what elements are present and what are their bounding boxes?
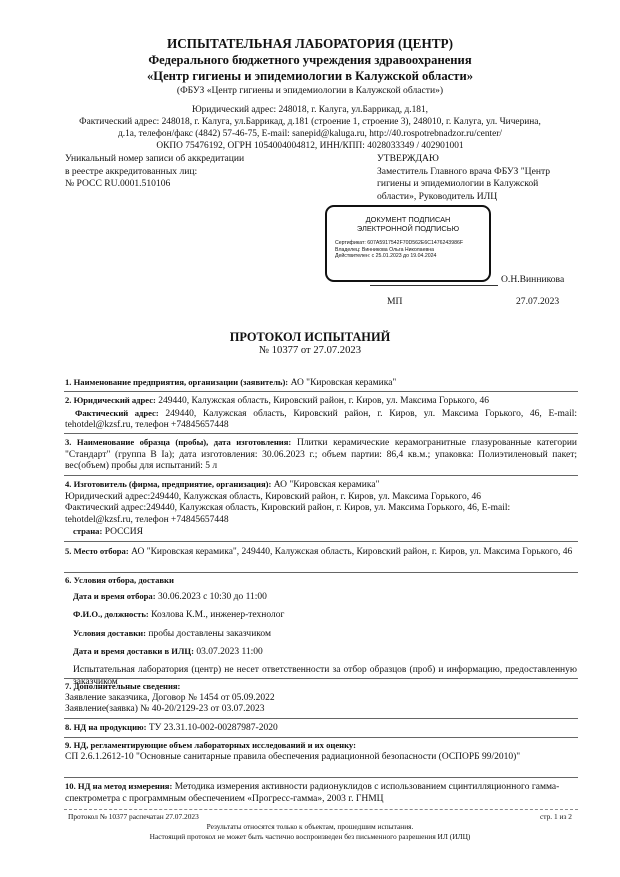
section-4-label: 4. Изготовитель (фирма, предприятие, орг… [65, 479, 271, 489]
sampling-datetime-value: 30.06.2023 с 10:30 до 11:00 [156, 592, 267, 602]
section-7-line-2: Заявление(заявка) № 40-20/2129-23 от 03.… [65, 704, 577, 716]
accreditation-line-1: Уникальный номер записи об аккредитации [65, 153, 335, 166]
approval-line-2: гигиены и эпидемиологии в Калужской [377, 178, 587, 191]
section-1: 1. Наименование предприятия, организации… [65, 377, 577, 390]
org-codes: ОКПО 75476192, ОГРН 1054004004812, ИНН/К… [0, 140, 620, 152]
divider [64, 572, 578, 573]
footer-note-1: Результаты относятся только к объектам, … [0, 822, 620, 832]
approval-date: 27.07.2023 [516, 296, 559, 309]
divider [64, 541, 578, 542]
stamp-title-2: ЭЛЕКТРОННОЙ ПОДПИСЬЮ [327, 224, 489, 233]
seal-mark: МП [387, 296, 402, 309]
section-9-value: СП 2.6.1.2612-10 "Основные санитарные пр… [65, 752, 577, 764]
divider [64, 718, 578, 719]
section-2-value: 249440, Калужская область, Кировский рай… [156, 396, 489, 406]
org-line-1: Федерального бюджетного учреждения здрав… [0, 53, 620, 68]
section-7-label: 7. Дополнительные сведения: [65, 681, 577, 693]
section-2-label: 2. Юридический адрес: [65, 395, 156, 405]
section-10-label: 10. НД на метод измерения: [65, 781, 172, 791]
stamp-certificate: Сертификат: 607A5917542F70D562E6C1476243… [335, 240, 489, 247]
section-4-country-value: РОССИЯ [102, 527, 143, 537]
approval-line-3: области», Руководитель ИЛЦ [377, 191, 587, 204]
section-9-label: 9. НД, регламентирующие объем лабораторн… [65, 740, 577, 752]
section-6-label: 6. Условия отбора, доставки [65, 575, 577, 587]
divider [64, 678, 578, 679]
footer-page-number: стр. 1 из 2 [540, 812, 572, 822]
section-10: 10. НД на метод измерения: Методика изме… [65, 781, 577, 805]
section-8: 8. НД на продукцию: ТУ 23.31.10-002-0028… [65, 722, 577, 735]
section-5-label: 5. Место отбора: [65, 546, 129, 556]
stamp-validity: Действителен: с 25.01.2023 до 19.04.2024 [335, 253, 489, 260]
sampler-person-value: Козлова К.М., инженер-технолог [149, 610, 285, 620]
sampler-person-label: Ф.И.О., должность: [73, 609, 149, 619]
divider [64, 475, 578, 476]
footer-printed: Протокол № 10377 распечатан 27.07.2023 [68, 812, 199, 822]
divider [64, 737, 578, 738]
section-4: 4. Изготовитель (фирма, предприятие, орг… [65, 479, 577, 539]
actual-address-line-1: Фактический адрес: 248018, г. Калуга, ул… [0, 116, 620, 128]
e-signature-stamp: ДОКУМЕНТ ПОДПИСАН ЭЛЕКТРОННОЙ ПОДПИСЬЮ С… [325, 205, 491, 282]
signer-name: О.Н.Винникова [501, 274, 564, 287]
section-3-label: 3. Наименование образца (пробы), дата из… [65, 437, 291, 447]
org-line-2: «Центр гигиены и эпидемиологии в Калужск… [0, 69, 620, 84]
footer-note-2: Настоящий протокол не может быть частичн… [0, 832, 620, 842]
delivery-conditions-label: Условия доставки: [73, 628, 146, 638]
section-6: 6. Условия отбора, доставки Дата и время… [65, 575, 577, 688]
divider [64, 391, 578, 392]
delivery-datetime-value: 03.07.2023 11:00 [194, 647, 263, 657]
divider [64, 433, 578, 434]
section-1-value: АО "Кировская керамика" [288, 378, 396, 388]
divider [64, 777, 578, 778]
protocol-title: ПРОТОКОЛ ИСПЫТАНИЙ [0, 330, 620, 345]
section-8-value: ТУ 23.31.10-002-00287987-2020 [146, 723, 277, 733]
section-5-value: АО "Кировская керамика", 249440, Калужск… [129, 547, 573, 557]
protocol-number: № 10377 от 27.07.2023 [0, 345, 620, 356]
section-4-legal-address: Юридический адрес:249440, Калужская обла… [65, 492, 577, 504]
approval-line-1: Заместитель Главного врача ФБУЗ "Центр [377, 166, 587, 179]
section-1-label: 1. Наименование предприятия, организации… [65, 377, 288, 387]
section-7: 7. Дополнительные сведения: Заявление за… [65, 681, 577, 716]
section-7-line-1: Заявление заказчика, Договор № 1454 от 0… [65, 693, 577, 705]
section-5: 5. Место отбора: АО "Кировская керамика"… [65, 546, 577, 559]
sampling-datetime-label: Дата и время отбора: [73, 591, 156, 601]
section-2: 2. Юридический адрес: 249440, Калужская … [65, 395, 577, 432]
accreditation-number: № РОСС RU.0001.510106 [65, 178, 335, 191]
signature-line [370, 285, 498, 286]
section-4-country-label: страна: [73, 526, 102, 536]
accreditation-block: Уникальный номер записи об аккредитации … [65, 153, 335, 191]
accreditation-line-2: в реестре аккредитованных лиц: [65, 166, 335, 179]
legal-address: Юридический адрес: 248018, г. Калуга, ул… [0, 104, 620, 116]
approval-block: УТВЕРЖДАЮ Заместитель Главного врача ФБУ… [377, 153, 587, 203]
section-3: 3. Наименование образца (пробы), дата из… [65, 437, 577, 473]
delivery-conditions-value: пробы доставлены заказчиком [146, 629, 271, 639]
approval-title: УТВЕРЖДАЮ [377, 153, 587, 166]
stamp-title-1: ДОКУМЕНТ ПОДПИСАН [327, 215, 489, 224]
section-4-actual-address: Фактический адрес:249440, Калужская обла… [65, 503, 577, 526]
org-short-name: (ФБУЗ «Центр гигиены и эпидемиологии в К… [0, 85, 620, 98]
section-2-actual-label: Фактический адрес: [75, 408, 159, 418]
delivery-datetime-label: Дата и время доставки в ИЛЦ: [73, 646, 194, 656]
footer-divider [64, 809, 578, 810]
section-4-value: АО "Кировская керамика" [271, 480, 379, 490]
actual-address-line-2: д.1а, телефон/факс (4842) 57-46-75, E-ma… [0, 128, 620, 140]
section-9: 9. НД, регламентирующие объем лабораторн… [65, 740, 577, 763]
lab-title: ИСПЫТАТЕЛЬНАЯ ЛАБОРАТОРИЯ (ЦЕНТР) [0, 36, 620, 52]
section-8-label: 8. НД на продукцию: [65, 722, 146, 732]
